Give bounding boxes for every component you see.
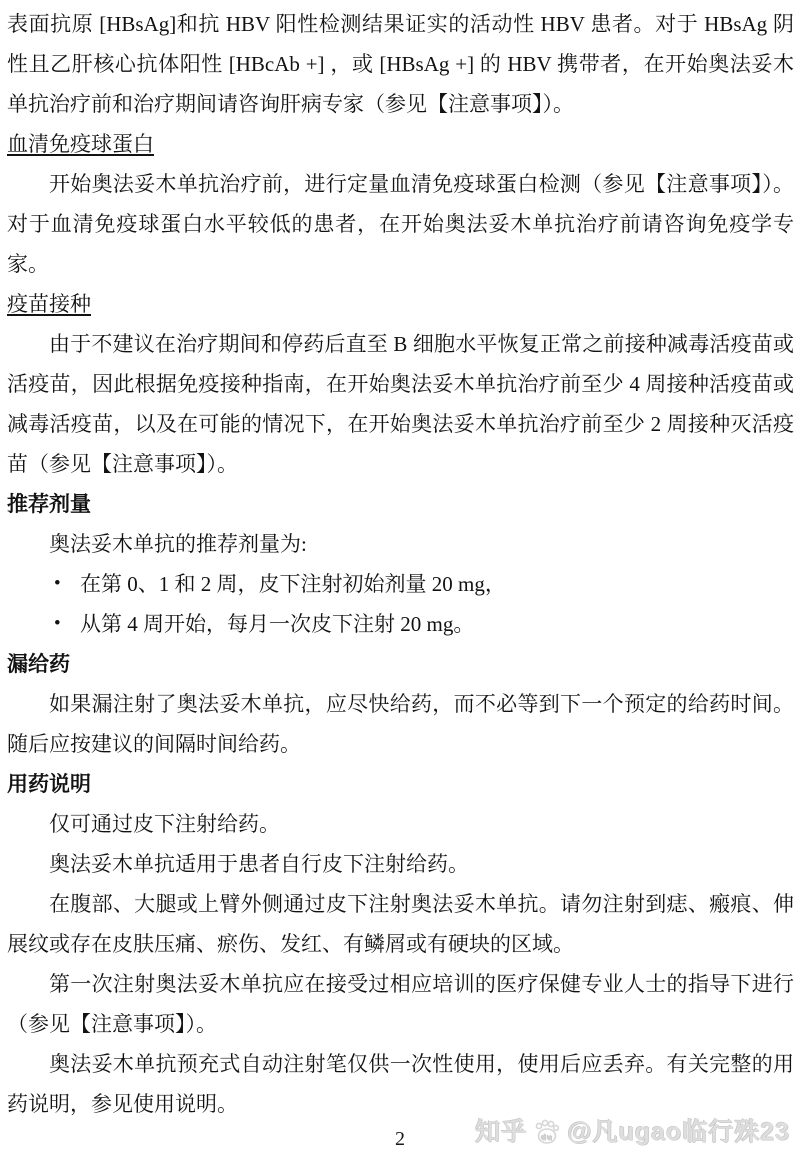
heading-serum-immunoglobulin: 血清免疫球蛋白	[7, 124, 794, 164]
heading-missed-dose: 漏给药	[7, 644, 794, 684]
heading-administration: 用药说明	[7, 764, 794, 804]
paragraph-injection-sites: 在腹部、大腿或上臂外侧通过皮下注射奥法妥木单抗。请勿注射到痣、瘢痕、伸展纹或存在…	[7, 884, 794, 964]
paragraph-autoinjector: 奥法妥木单抗预充式自动注射笔仅供一次性使用，使用后应丢弃。有关完整的用药说明，参…	[7, 1044, 794, 1124]
zhihu-watermark: 知乎 du @凡ugao临行殊23	[475, 1117, 790, 1147]
list-item-monthly-dose: • 从第 4 周开始，每月一次皮下注射 20 mg。	[7, 604, 794, 644]
heading-recommended-dose: 推荐剂量	[7, 484, 794, 524]
list-item-initial-dose: • 在第 0、1 和 2 周，皮下注射初始剂量 20 mg，	[7, 564, 794, 604]
document-page: 表面抗原 [HBsAg]和抗 HBV 阳性检测结果证实的活动性 HBV 患者。对…	[0, 0, 800, 1159]
bullet-text-monthly-dose: 从第 4 周开始，每月一次皮下注射 20 mg。	[80, 604, 794, 644]
paragraph-vaccination: 由于不建议在治疗期间和停药后直至 B 细胞水平恢复正常之前接种减毒活疫苗或活疫苗…	[7, 324, 794, 484]
zhihu-brand-label: 知乎	[475, 1117, 527, 1147]
paw-du-label: du	[541, 1133, 553, 1142]
paragraph-self-injection: 奥法妥木单抗适用于患者自行皮下注射给药。	[7, 844, 794, 884]
paragraph-serum-immunoglobulin: 开始奥法妥木单抗治疗前，进行定量血清免疫球蛋白检测（参见【注意事项】）。对于血清…	[7, 164, 794, 284]
paragraph-subcutaneous-only: 仅可通过皮下注射给药。	[7, 804, 794, 844]
paragraph-missed-dose: 如果漏注射了奥法妥木单抗，应尽快给药，而不必等到下一个预定的给药时间。随后应按建…	[7, 684, 794, 764]
paragraph-first-injection: 第一次注射奥法妥木单抗应在接受过相应培训的医疗保健专业人士的指导下进行（参见【注…	[7, 964, 794, 1044]
bullet-icon: •	[54, 604, 80, 644]
paragraph-dose-intro: 奥法妥木单抗的推荐剂量为:	[7, 524, 794, 564]
paw-icon: du	[532, 1118, 562, 1146]
bullet-icon: •	[54, 564, 80, 604]
paragraph-hbv-continued: 表面抗原 [HBsAg]和抗 HBV 阳性检测结果证实的活动性 HBV 患者。对…	[7, 4, 794, 124]
bullet-text-initial-dose: 在第 0、1 和 2 周，皮下注射初始剂量 20 mg，	[80, 564, 794, 604]
heading-vaccination: 疫苗接种	[7, 284, 794, 324]
watermark-handle: @凡ugao临行殊23	[567, 1117, 790, 1147]
